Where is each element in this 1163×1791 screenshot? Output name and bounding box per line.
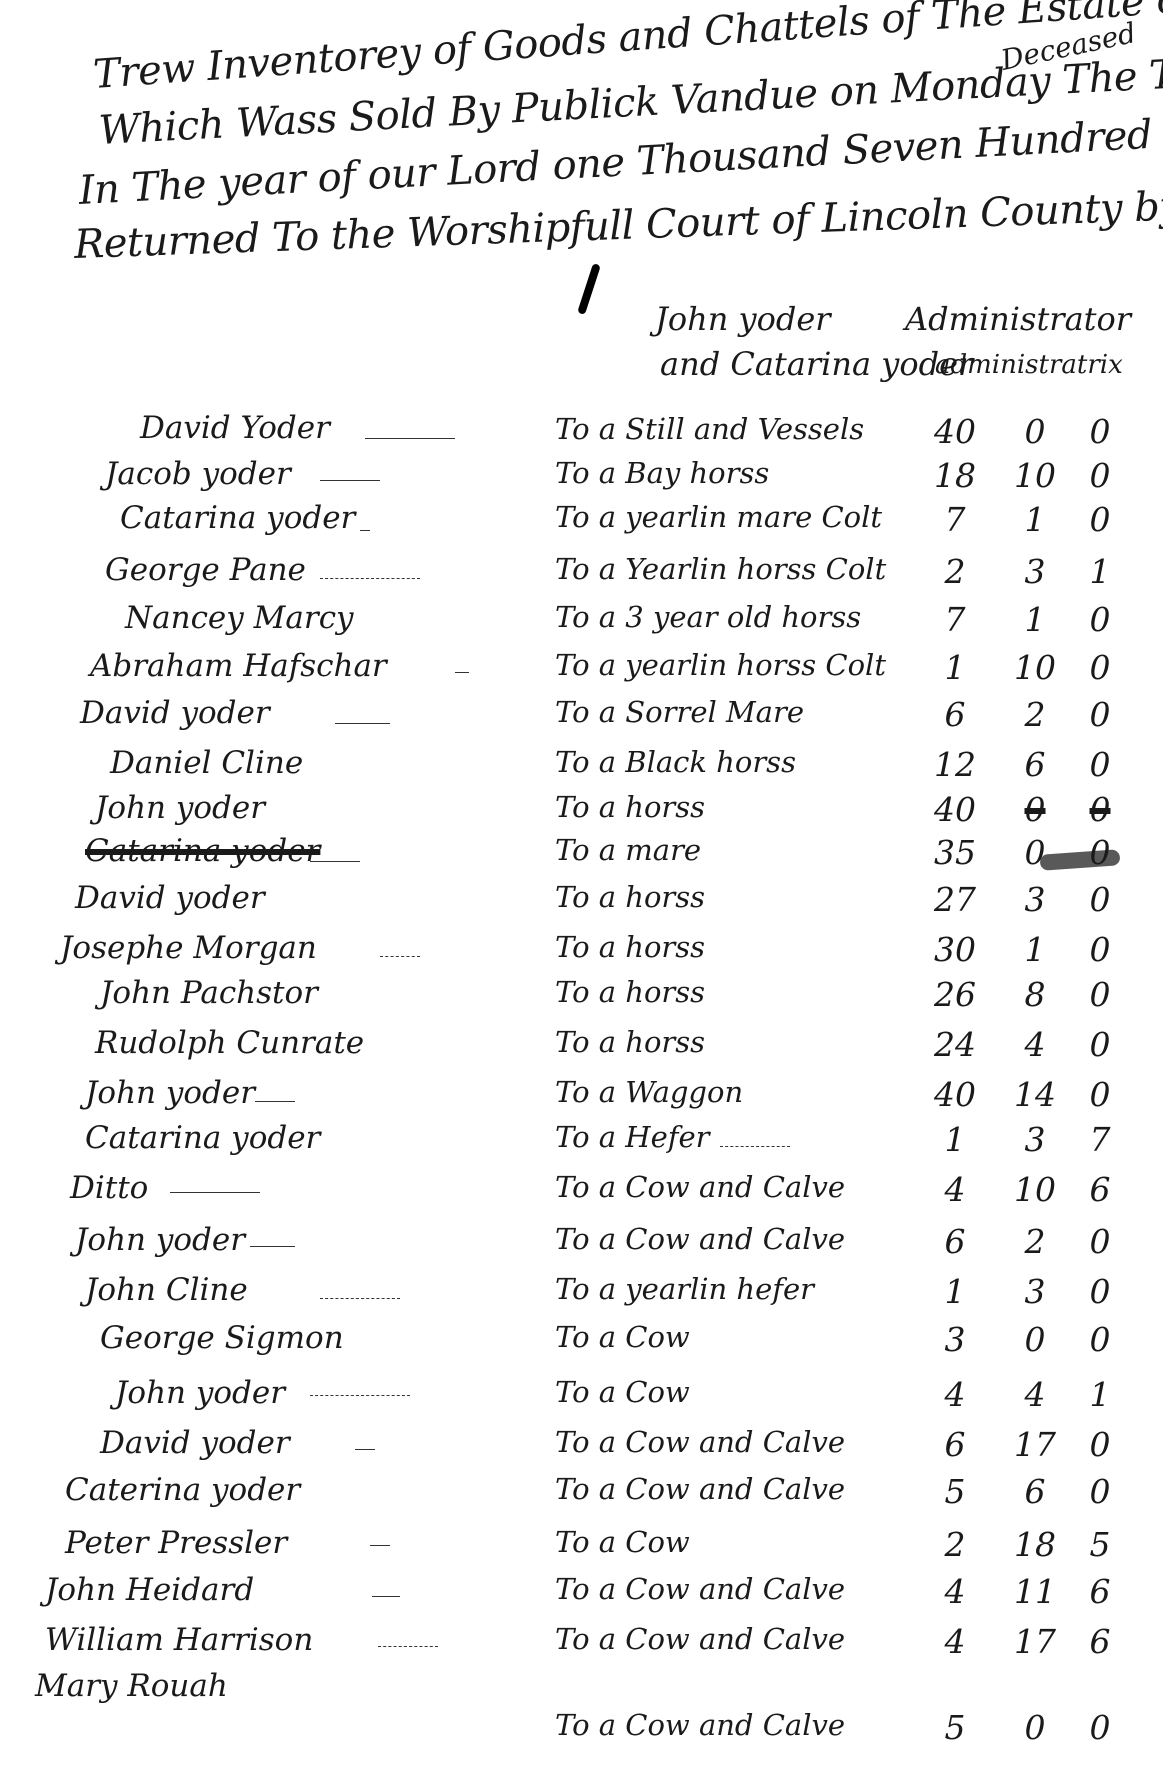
leader-line bbox=[250, 1246, 295, 1247]
buyer-name: David yoder bbox=[80, 695, 270, 731]
amount-pounds: 24 bbox=[930, 1025, 980, 1064]
buyer-name: John Cline bbox=[85, 1272, 248, 1308]
buyer-name: George Pane bbox=[105, 552, 306, 588]
amount-pence: 0 bbox=[1075, 975, 1125, 1014]
leader-line bbox=[720, 1146, 790, 1147]
table-row: Rudolph Cunrate To a horss 24 4 0 bbox=[0, 1025, 1163, 1065]
signatory-2-name: and Catarina yoder bbox=[660, 345, 973, 383]
amount-shillings: 3 bbox=[1010, 1120, 1060, 1159]
amount-shillings: 0 bbox=[1010, 1708, 1060, 1747]
amount-pounds: 7 bbox=[930, 600, 980, 639]
amount-pounds: 6 bbox=[930, 1425, 980, 1464]
signatory-2-role: administratrix bbox=[935, 350, 1123, 380]
amount-shillings: 1 bbox=[1010, 930, 1060, 969]
buyer-name: William Harrison bbox=[45, 1622, 313, 1658]
item-description: To a Hefer bbox=[555, 1120, 710, 1154]
amount-shillings: 18 bbox=[1010, 1525, 1060, 1564]
buyer-name: David Yoder bbox=[140, 410, 330, 446]
buyer-name: George Sigmon bbox=[100, 1320, 344, 1356]
leader-line bbox=[335, 723, 390, 724]
signatory-1-name: John yoder bbox=[655, 300, 831, 338]
item-description: To a 3 year old horss bbox=[555, 600, 861, 634]
table-row: John Pachstor To a horss 26 8 0 bbox=[0, 975, 1163, 1015]
leader-line bbox=[455, 672, 469, 673]
buyer-name: Catarina yoder bbox=[85, 1120, 320, 1156]
amount-shillings: 4 bbox=[1010, 1375, 1060, 1414]
table-row: George Pane To a Yearlin horss Colt 2 3 … bbox=[0, 552, 1163, 592]
item-description: To a Cow and Calve bbox=[555, 1472, 845, 1506]
table-row: Ditto To a Cow and Calve 4 10 6 bbox=[0, 1170, 1163, 1210]
amount-pence: 0 bbox=[1075, 648, 1125, 687]
item-description: To a Black horss bbox=[555, 745, 796, 779]
amount-shillings: 3 bbox=[1010, 552, 1060, 591]
amount-pence: 0 bbox=[1075, 1075, 1125, 1114]
table-row: Mary Rouah To a Cow and Calve 5 0 0 bbox=[0, 1668, 1163, 1708]
amount-pounds: 40 bbox=[930, 790, 980, 829]
table-row: John yoder To a horss 40 0 0 bbox=[0, 790, 1163, 830]
table-row: Josephe Morgan To a horss 30 1 0 bbox=[0, 930, 1163, 970]
item-description: To a Cow bbox=[555, 1525, 690, 1559]
amount-shillings: 8 bbox=[1010, 975, 1060, 1014]
amount-shillings: 10 bbox=[1010, 1170, 1060, 1209]
table-row: Peter Pressler To a Cow 2 18 5 bbox=[0, 1525, 1163, 1565]
buyer-name: Nancey Marcy bbox=[125, 600, 354, 636]
item-description: To a Cow bbox=[555, 1320, 690, 1354]
amount-shillings: 0 bbox=[1010, 412, 1060, 451]
amount-pounds: 1 bbox=[930, 648, 980, 687]
amount-pence: 0 bbox=[1075, 695, 1125, 734]
amount-shillings: 17 bbox=[1010, 1425, 1060, 1464]
leader-line bbox=[372, 1596, 400, 1597]
amount-pounds: 3 bbox=[930, 1320, 980, 1359]
amount-pence: 0 bbox=[1075, 745, 1125, 784]
amount-pence-struck: 0 bbox=[1075, 790, 1125, 829]
amount-pounds: 12 bbox=[930, 745, 980, 784]
amount-pence: 7 bbox=[1075, 1120, 1125, 1159]
amount-shillings: 17 bbox=[1010, 1622, 1060, 1661]
leader-line bbox=[255, 1101, 295, 1102]
amount-pounds: 2 bbox=[930, 1525, 980, 1564]
amount-pence: 0 bbox=[1075, 1472, 1125, 1511]
amount-shillings: 11 bbox=[1010, 1572, 1060, 1611]
amount-shillings: 3 bbox=[1010, 1272, 1060, 1311]
leader-line bbox=[320, 480, 380, 481]
amount-shillings: 6 bbox=[1010, 1472, 1060, 1511]
scanned-document-page: Trew Inventorey of Goods and Chattels of… bbox=[0, 0, 1163, 1791]
item-description: To a horss bbox=[555, 880, 705, 914]
item-description: To a mare bbox=[555, 833, 701, 867]
amount-shillings: 10 bbox=[1010, 648, 1060, 687]
table-row: John yoder To a Waggon 40 14 0 bbox=[0, 1075, 1163, 1115]
amount-pence: 1 bbox=[1075, 552, 1125, 591]
buyer-name: Jacob yoder bbox=[105, 456, 291, 492]
amount-pounds: 27 bbox=[930, 880, 980, 919]
amount-pounds: 7 bbox=[930, 500, 980, 539]
table-row: Nancey Marcy To a 3 year old horss 7 1 0 bbox=[0, 600, 1163, 640]
buyer-name: Josephe Morgan bbox=[60, 930, 317, 966]
amount-pence: 0 bbox=[1075, 1320, 1125, 1359]
ink-blot-mark bbox=[577, 263, 601, 315]
item-description: To a Cow and Calve bbox=[555, 1222, 845, 1256]
leader-line bbox=[310, 861, 360, 862]
amount-pence: 0 bbox=[1075, 1025, 1125, 1064]
item-description: To a Cow bbox=[555, 1375, 690, 1409]
amount-shillings: 6 bbox=[1010, 745, 1060, 784]
buyer-name: Ditto bbox=[70, 1170, 148, 1206]
amount-pounds: 40 bbox=[930, 1075, 980, 1114]
item-description: To a Still and Vessels bbox=[555, 412, 864, 446]
leader-line bbox=[380, 956, 420, 957]
amount-pounds: 2 bbox=[930, 552, 980, 591]
amount-pounds: 5 bbox=[930, 1708, 980, 1747]
amount-pence: 0 bbox=[1075, 456, 1125, 495]
amount-pounds: 1 bbox=[930, 1120, 980, 1159]
signatory-1-role: Administrator bbox=[905, 300, 1131, 338]
amount-pounds: 4 bbox=[930, 1170, 980, 1209]
item-description: To a Waggon bbox=[555, 1075, 743, 1109]
amount-pence: 6 bbox=[1075, 1572, 1125, 1611]
item-description: To a horss bbox=[555, 790, 705, 824]
amount-pounds: 18 bbox=[930, 456, 980, 495]
table-row: Catarina yoder To a Hefer 1 3 7 bbox=[0, 1120, 1163, 1160]
amount-pounds: 4 bbox=[930, 1572, 980, 1611]
item-description: To a Cow and Calve bbox=[555, 1708, 845, 1742]
buyer-name: John yoder bbox=[95, 790, 265, 826]
table-row: Abraham Hafschar To a yearlin horss Colt… bbox=[0, 648, 1163, 688]
buyer-name-struck: Catarina yoder bbox=[85, 833, 320, 869]
amount-pence: 6 bbox=[1075, 1622, 1125, 1661]
leader-line bbox=[170, 1192, 260, 1193]
buyer-name: Daniel Cline bbox=[110, 745, 303, 781]
item-description: To a horss bbox=[555, 930, 705, 964]
buyer-name: John yoder bbox=[85, 1075, 255, 1111]
table-row: Daniel Cline To a Black horss 12 6 0 bbox=[0, 745, 1163, 785]
buyer-name: Rudolph Cunrate bbox=[95, 1025, 364, 1061]
table-row: Jacob yoder To a Bay horss 18 10 0 bbox=[0, 456, 1163, 496]
amount-pence: 0 bbox=[1075, 1272, 1125, 1311]
item-description: To a Yearlin horss Colt bbox=[555, 552, 886, 586]
amount-pounds: 5 bbox=[930, 1472, 980, 1511]
amount-pounds: 1 bbox=[930, 1272, 980, 1311]
table-row: John Heidard To a Cow and Calve 4 11 6 bbox=[0, 1572, 1163, 1612]
amount-shillings-struck: 0 bbox=[1010, 790, 1060, 829]
amount-pounds: 26 bbox=[930, 975, 980, 1014]
leader-line bbox=[310, 1395, 410, 1396]
table-row: Caterina yoder To a Cow and Calve 5 6 0 bbox=[0, 1472, 1163, 1512]
buyer-name: John Heidard bbox=[45, 1572, 254, 1608]
table-row: John Cline To a yearlin hefer 1 3 0 bbox=[0, 1272, 1163, 1312]
item-description: To a Cow and Calve bbox=[555, 1170, 845, 1204]
amount-pence: 0 bbox=[1075, 500, 1125, 539]
amount-pence: 6 bbox=[1075, 1170, 1125, 1209]
buyer-name: Peter Pressler bbox=[65, 1525, 287, 1561]
table-row: David yoder To a Sorrel Mare 6 2 0 bbox=[0, 695, 1163, 735]
amount-shillings: 2 bbox=[1010, 695, 1060, 734]
amount-pounds: 6 bbox=[930, 695, 980, 734]
table-row: John yoder To a Cow 4 4 1 bbox=[0, 1375, 1163, 1415]
amount-pounds: 4 bbox=[930, 1622, 980, 1661]
buyer-name: Abraham Hafschar bbox=[90, 648, 387, 684]
amount-pence: 0 bbox=[1075, 600, 1125, 639]
amount-shillings: 1 bbox=[1010, 600, 1060, 639]
item-description: To a yearlin horss Colt bbox=[555, 648, 886, 682]
table-row: William Harrison To a Cow and Calve 4 17… bbox=[0, 1622, 1163, 1662]
table-row: George Sigmon To a Cow 3 0 0 bbox=[0, 1320, 1163, 1360]
item-description: To a horss bbox=[555, 975, 705, 1009]
amount-pence: 0 bbox=[1075, 412, 1125, 451]
buyer-name: Mary Rouah bbox=[35, 1668, 228, 1704]
table-row: John yoder To a Cow and Calve 6 2 0 bbox=[0, 1222, 1163, 1262]
amount-pence: 5 bbox=[1075, 1525, 1125, 1564]
amount-pounds: 30 bbox=[930, 930, 980, 969]
leader-line bbox=[365, 438, 455, 439]
table-row: David yoder To a horss 27 3 0 bbox=[0, 880, 1163, 920]
amount-pence: 0 bbox=[1075, 880, 1125, 919]
buyer-name: David yoder bbox=[100, 1425, 290, 1461]
table-row: David Yoder To a Still and Vessels 40 0 … bbox=[0, 410, 1163, 450]
leader-line bbox=[370, 1545, 390, 1546]
buyer-name: John yoder bbox=[75, 1222, 245, 1258]
leader-line bbox=[320, 578, 420, 579]
leader-line bbox=[360, 530, 370, 531]
item-description: To a Cow and Calve bbox=[555, 1622, 845, 1656]
leader-line bbox=[320, 1298, 400, 1299]
item-description: To a Bay horss bbox=[555, 456, 769, 490]
amount-shillings: 2 bbox=[1010, 1222, 1060, 1261]
item-description: To a yearlin mare Colt bbox=[555, 500, 882, 534]
amount-shillings: 0 bbox=[1010, 833, 1060, 872]
amount-shillings: 10 bbox=[1010, 456, 1060, 495]
amount-pence: 0 bbox=[1075, 930, 1125, 969]
amount-shillings: 14 bbox=[1010, 1075, 1060, 1114]
item-description: To a horss bbox=[555, 1025, 705, 1059]
buyer-name: Caterina yoder bbox=[65, 1472, 300, 1508]
amount-pence: 0 bbox=[1075, 833, 1125, 872]
item-description: To a Cow and Calve bbox=[555, 1425, 845, 1459]
amount-pounds: 35 bbox=[930, 833, 980, 872]
item-description: To a yearlin hefer bbox=[555, 1272, 814, 1306]
amount-pence: 1 bbox=[1075, 1375, 1125, 1414]
table-row: Catarina yoder To a mare 35 0 0 bbox=[0, 833, 1163, 873]
item-description: To a Cow and Calve bbox=[555, 1572, 845, 1606]
amount-pence: 0 bbox=[1075, 1708, 1125, 1747]
leader-line bbox=[378, 1646, 438, 1647]
amount-shillings: 4 bbox=[1010, 1025, 1060, 1064]
amount-pounds: 4 bbox=[930, 1375, 980, 1414]
buyer-name: Catarina yoder bbox=[120, 500, 355, 536]
amount-pounds: 40 bbox=[930, 412, 980, 451]
table-row: Catarina yoder To a yearlin mare Colt 7 … bbox=[0, 500, 1163, 540]
buyer-name: John Pachstor bbox=[100, 975, 318, 1011]
leader-line bbox=[355, 1449, 375, 1450]
buyer-name: David yoder bbox=[75, 880, 265, 916]
buyer-name: John yoder bbox=[115, 1375, 285, 1411]
amount-pence: 0 bbox=[1075, 1425, 1125, 1464]
amount-shillings: 3 bbox=[1010, 880, 1060, 919]
item-description: To a Sorrel Mare bbox=[555, 695, 804, 729]
amount-shillings: 1 bbox=[1010, 500, 1060, 539]
amount-shillings: 0 bbox=[1010, 1320, 1060, 1359]
amount-pounds: 6 bbox=[930, 1222, 980, 1261]
amount-pence: 0 bbox=[1075, 1222, 1125, 1261]
table-row: David yoder To a Cow and Calve 6 17 0 bbox=[0, 1425, 1163, 1465]
